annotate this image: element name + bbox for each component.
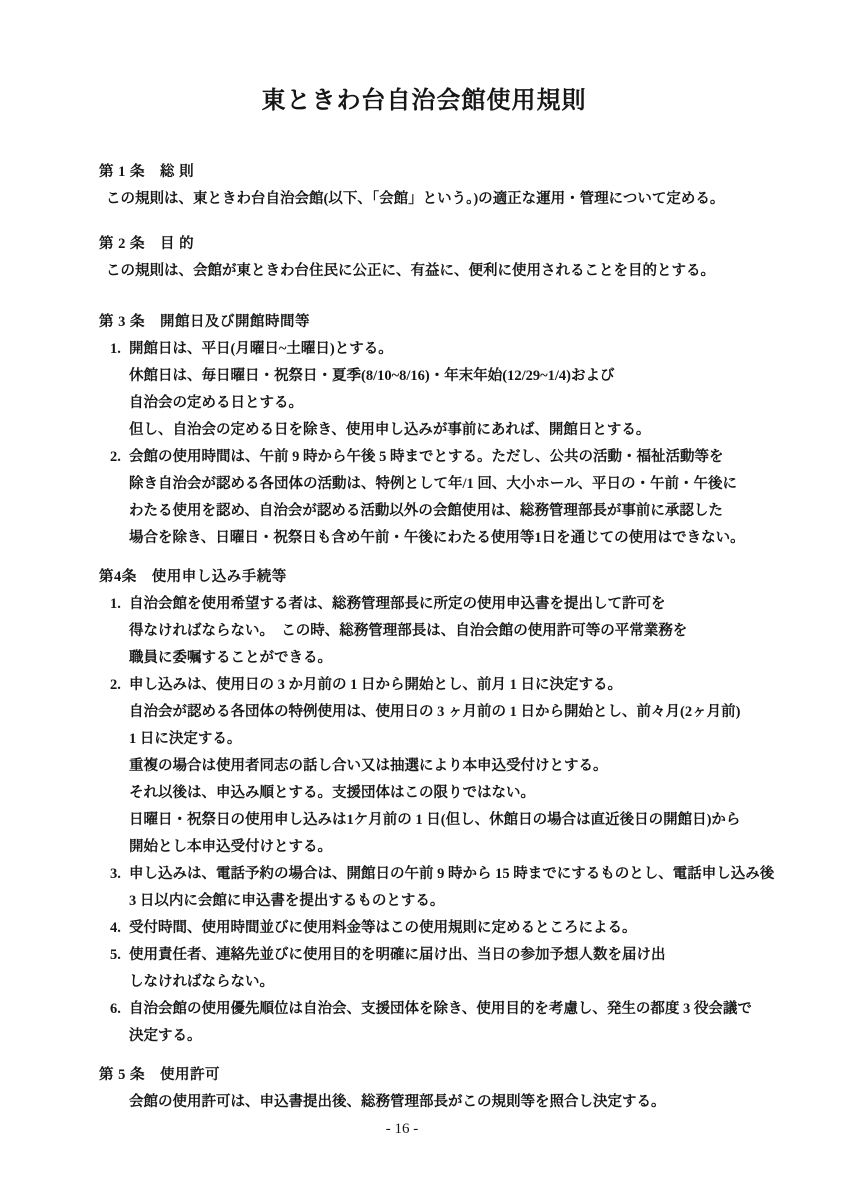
- paragraph-line: この規則は、東ときわ台自治会館(以下、「会館」という。)の適正な運用・管理につい…: [99, 186, 848, 213]
- continuation-line: 但し、自治会の定める日を除き、使用申し込みが事前にあれば、開館日とする。: [99, 417, 848, 444]
- article-heading: 第 2 条 目 的: [99, 231, 848, 258]
- item-text: 使用責任者、連絡先並びに使用目的を明確に届け出、当日の参加予想人数を届け出: [129, 947, 666, 963]
- item-number: 4.: [110, 915, 129, 942]
- item-text: 自治会館を使用希望する者は、総務管理部長に所定の使用申込書を提出して許可を: [129, 596, 666, 612]
- continuation-line: しなければならない。: [99, 969, 848, 996]
- continuation-line: 場合を除き、日曜日・祝祭日も含め午前・午後にわたる使用等1日を通じての使用はでき…: [99, 525, 848, 552]
- item-line: 1.開館日は、平日(月曜日~土曜日)とする。: [99, 336, 848, 363]
- item-text: 受付時間、使用時間並びに使用料金等はこの使用規則に定めるところによる。: [129, 920, 637, 936]
- article: 第 2 条 目 的この規則は、会館が東ときわ台住民に公正に、有益に、便利に使用さ…: [99, 231, 848, 285]
- continuation-line: 自治会が認める各団体の特例使用は、使用日の 3 ヶ月前の 1 日から開始とし、前…: [99, 699, 848, 726]
- item-text: 申し込みは、使用日の 3 か月前の 1 日から開始とし、前月 1 日に決定する。: [129, 677, 622, 693]
- continuation-line: 自治会の定める日とする。: [99, 390, 848, 417]
- continuation-line: 開始とし本申込受付けとする。: [99, 834, 848, 861]
- paragraph-line: この規則は、会館が東ときわ台住民に公正に、有益に、便利に使用されることを目的とす…: [99, 258, 848, 285]
- continuation-line: 除き自治会が認める各団体の活動は、特例として年/1 回、大小ホール、平日の・午前…: [99, 471, 848, 498]
- article: 第 1 条 総 則この規則は、東ときわ台自治会館(以下、「会館」という。)の適正…: [99, 159, 848, 213]
- item-line: 2.会館の使用時間は、午前 9 時から午後 5 時までとする。ただし、公共の活動…: [99, 444, 848, 471]
- continuation-line: 休館日は、毎日曜日・祝祭日・夏季(8/10~8/16)・年末年始(12/29~1…: [99, 363, 848, 390]
- article: 第 5 条 使用許可会館の使用許可は、申込書提出後、総務管理部長がこの規則等を照…: [99, 1062, 848, 1116]
- document-page: 東ときわ台自治会館使用規則 第 1 条 総 則この規則は、東ときわ台自治会館(以…: [0, 0, 848, 1200]
- item-line: 5.使用責任者、連絡先並びに使用目的を明確に届け出、当日の参加予想人数を届け出: [99, 942, 848, 969]
- article-heading: 第 3 条 開館日及び開館時間等: [99, 309, 848, 336]
- article: 第 3 条 開館日及び開館時間等1.開館日は、平日(月曜日~土曜日)とする。休館…: [99, 309, 848, 552]
- item-number: 1.: [110, 591, 129, 618]
- item-number: 5.: [110, 942, 129, 969]
- continuation-line: それ以後は、申込み順とする。支援団体はこの限りではない。: [99, 780, 848, 807]
- item-line: 6.自治会館の使用優先順位は自治会、支援団体を除き、使用目的を考慮し、発生の都度…: [99, 996, 848, 1023]
- continuation-line: 日曜日・祝祭日の使用申し込みは1ケ月前の 1 日(但し、休館日の場合は直近後日の…: [99, 807, 848, 834]
- continuation-line: 1 日に決定する。: [99, 726, 848, 753]
- continuation-line: 3 日以内に会館に申込書を提出するものとする。: [99, 888, 848, 915]
- articles-container: 第 1 条 総 則この規則は、東ときわ台自治会館(以下、「会館」という。)の適正…: [0, 159, 848, 1116]
- item-line: 3.申し込みは、電話予約の場合は、開館日の午前 9 時から 15 時までにするも…: [99, 861, 848, 888]
- item-number: 2.: [110, 444, 129, 471]
- item-number: 1.: [110, 336, 129, 363]
- continuation-line: 重複の場合は使用者同志の話し合い又は抽選により本申込受付けとする。: [99, 753, 848, 780]
- continuation-line: わたる使用を認め、自治会が認める活動以外の会館使用は、総務管理部長が事前に承認し…: [99, 498, 848, 525]
- article-heading: 第 1 条 総 則: [99, 159, 848, 186]
- item-number: 3.: [110, 861, 129, 888]
- item-line: 4.受付時間、使用時間並びに使用料金等はこの使用規則に定めるところによる。: [99, 915, 848, 942]
- page-number: - 16 -: [92, 1116, 712, 1143]
- continuation-line: 決定する。: [99, 1023, 848, 1050]
- item-text: 申し込みは、電話予約の場合は、開館日の午前 9 時から 15 時までにするものと…: [129, 866, 774, 882]
- item-text: 会館の使用時間は、午前 9 時から午後 5 時までとする。ただし、公共の活動・福…: [129, 449, 724, 465]
- article: 第4条 使用申し込み手続等1.自治会館を使用希望する者は、総務管理部長に所定の使…: [99, 564, 848, 1050]
- item-text: 開館日は、平日(月曜日~土曜日)とする。: [129, 341, 393, 357]
- continuation-line: 職員に委嘱することができる。: [99, 645, 848, 672]
- continuation-line: 会館の使用許可は、申込書提出後、総務管理部長がこの規則等を照合し決定する。: [99, 1089, 848, 1116]
- item-number: 2.: [110, 672, 129, 699]
- item-line: 1.自治会館を使用希望する者は、総務管理部長に所定の使用申込書を提出して許可を: [99, 591, 848, 618]
- article-heading: 第4条 使用申し込み手続等: [99, 564, 848, 591]
- article-heading: 第 5 条 使用許可: [99, 1062, 848, 1089]
- page-title: 東ときわ台自治会館使用規則: [0, 0, 848, 118]
- item-text: 自治会館の使用優先順位は自治会、支援団体を除き、使用目的を考慮し、発生の都度 3…: [129, 1001, 752, 1017]
- item-line: 2.申し込みは、使用日の 3 か月前の 1 日から開始とし、前月 1 日に決定す…: [99, 672, 848, 699]
- item-number: 6.: [110, 996, 129, 1023]
- continuation-line: 得なければならない。 この時、総務管理部長は、自治会館の使用許可等の平常業務を: [99, 618, 848, 645]
